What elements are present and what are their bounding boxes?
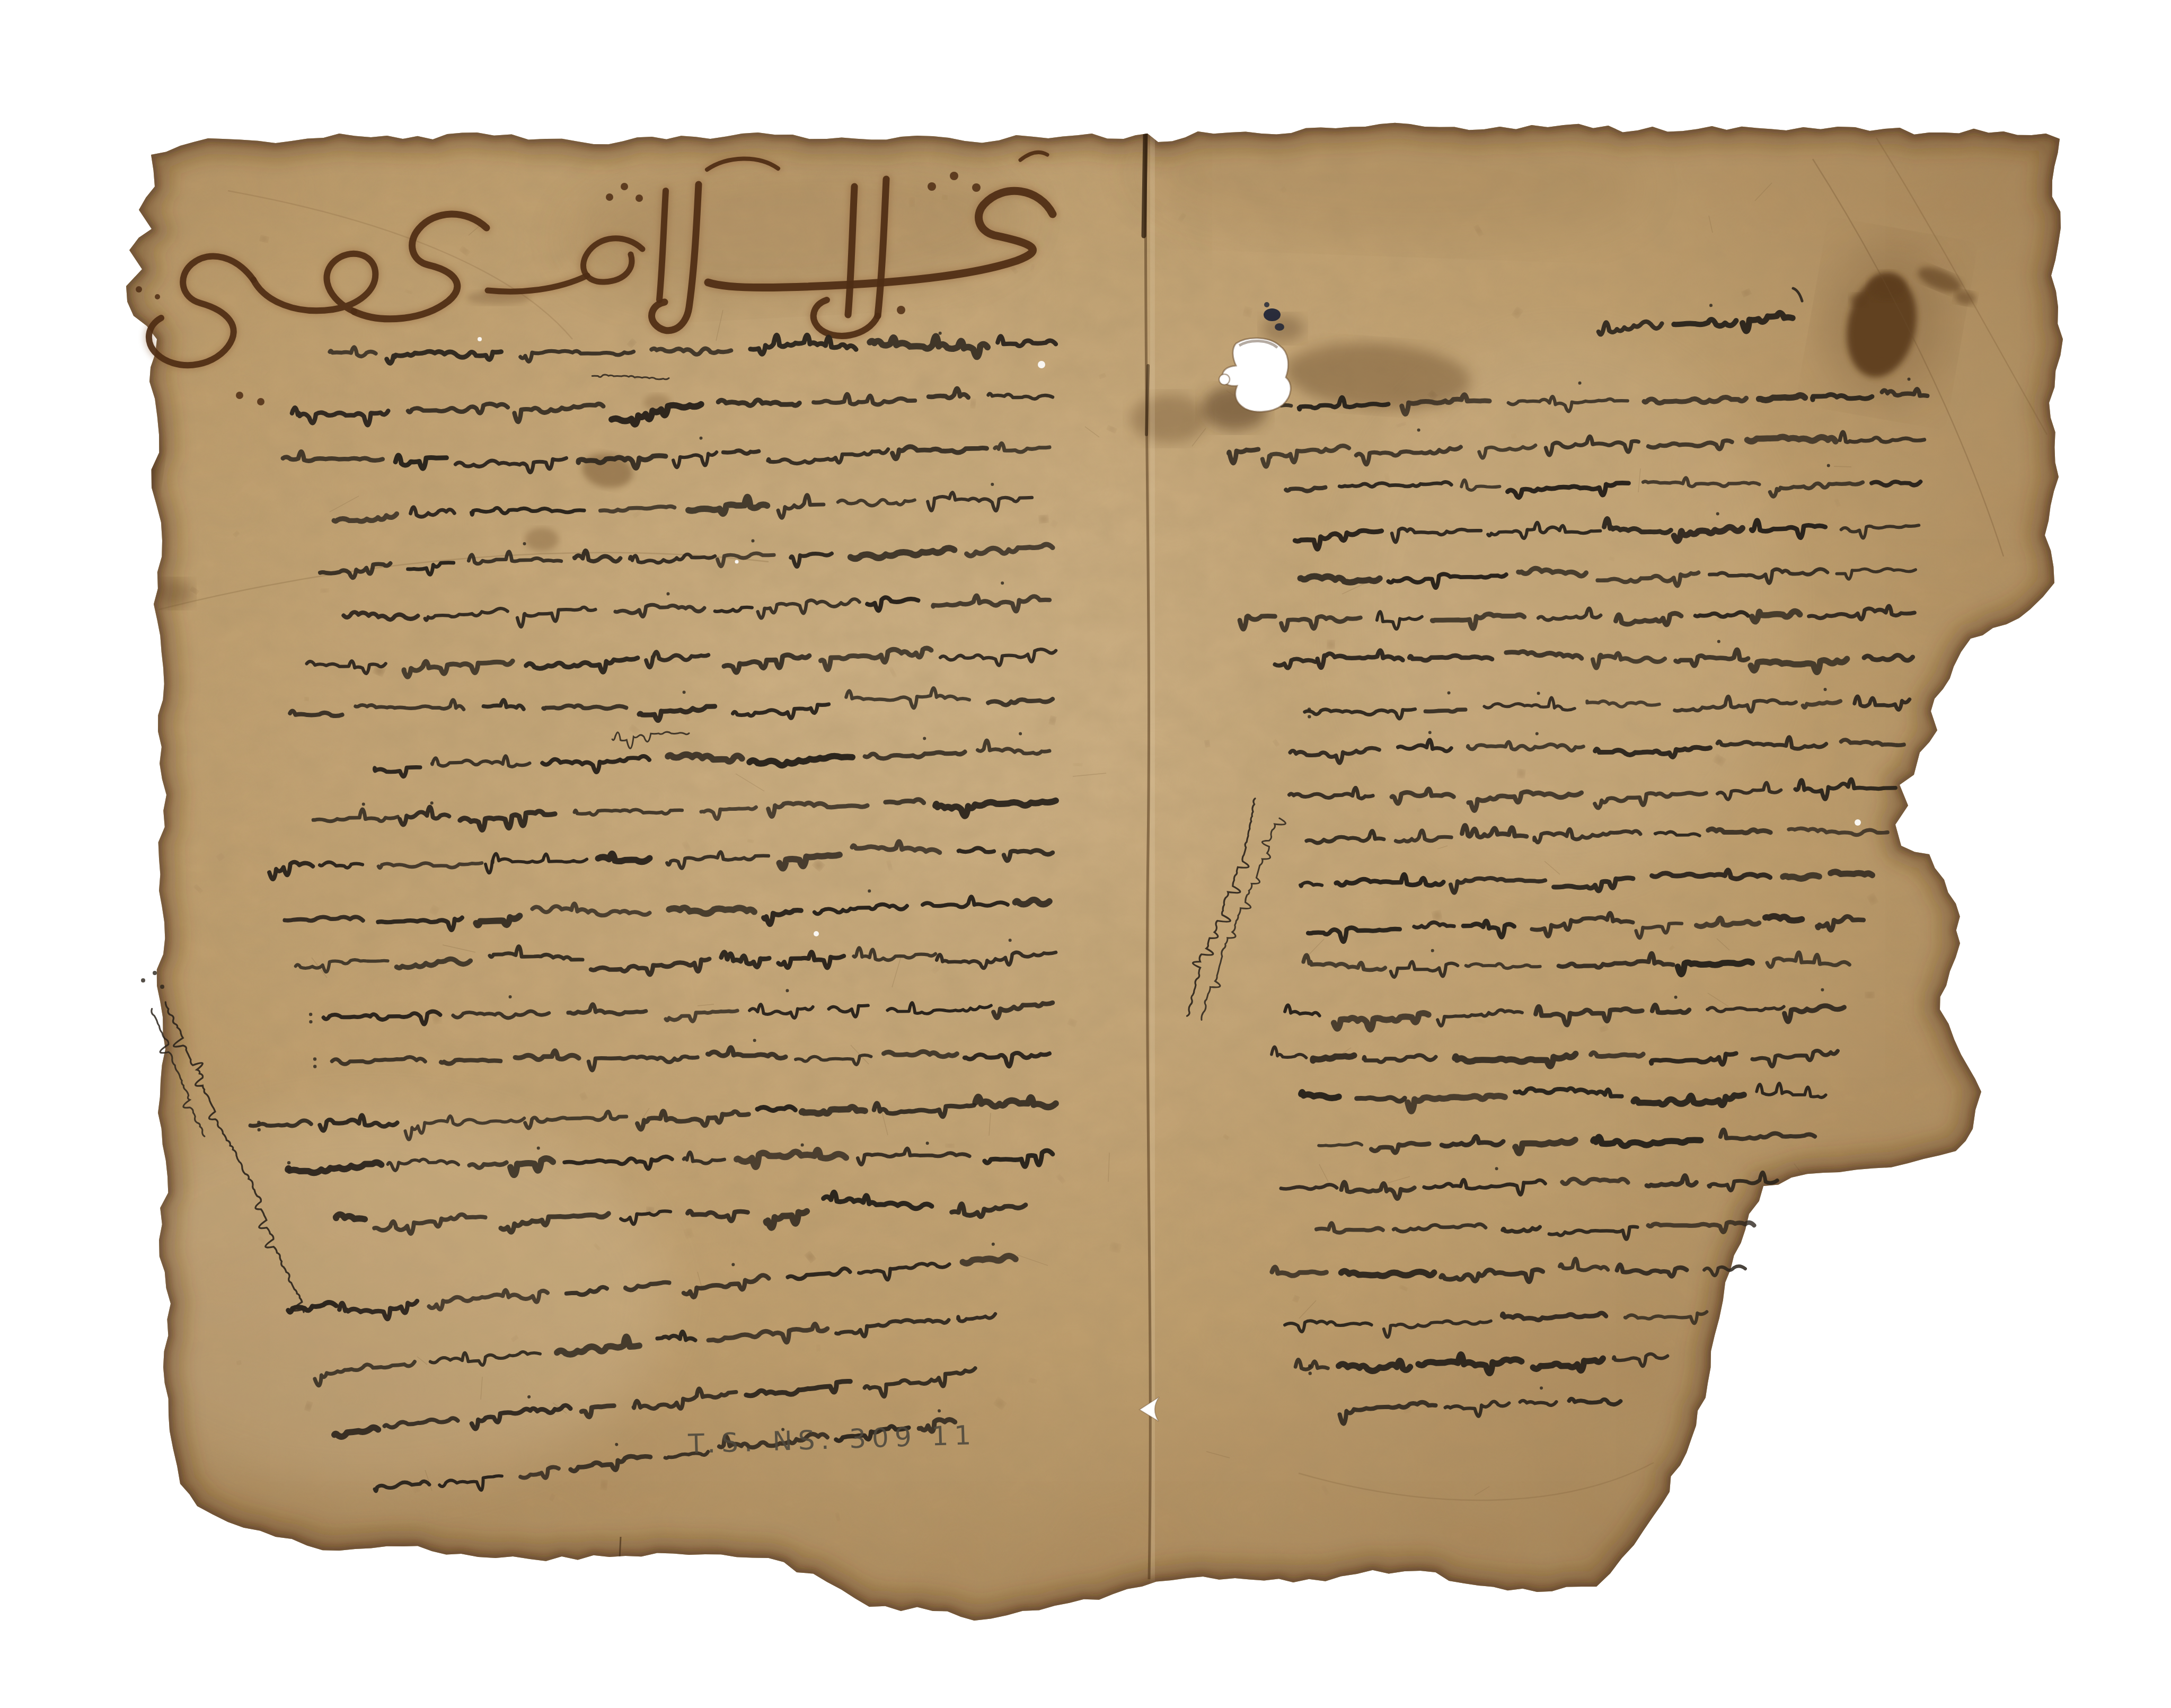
- manuscript-fragment: T.S. NS. 309 11: [0, 0, 2171, 1708]
- manuscript-photo: T.S. NS. 309 11: [0, 0, 2171, 1708]
